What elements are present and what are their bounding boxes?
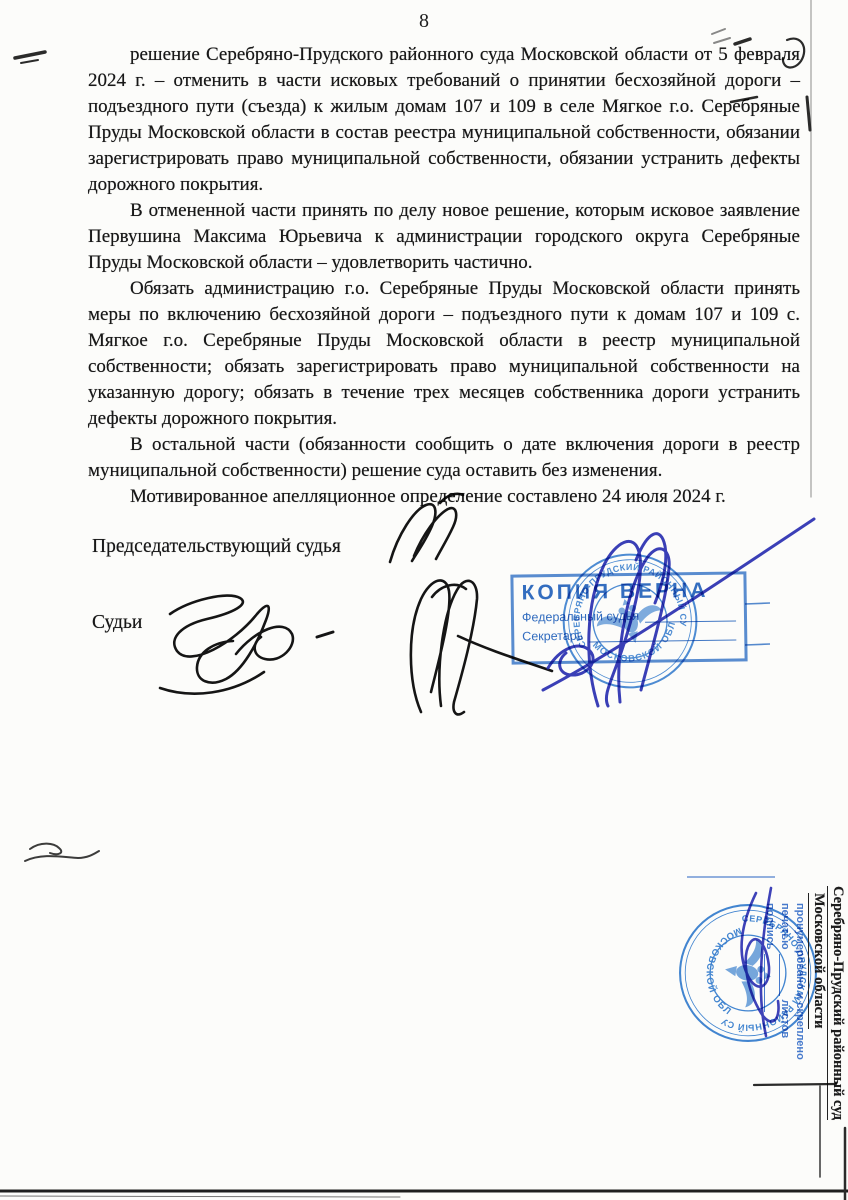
pen-scribble-top-right: [783, 39, 804, 68]
pen-signature-over-stamp: [548, 646, 593, 675]
ink-blot-top: [735, 39, 750, 44]
judge1-signature: [160, 596, 293, 694]
pen-signature-over-stamp: [619, 549, 669, 702]
judge2-signature: [411, 580, 552, 714]
scan-edge-line-bottom-thin: [0, 1196, 400, 1197]
copy-stamp-line-stub: [745, 603, 770, 645]
pen-signature-over-stamp: [589, 541, 641, 706]
scan-edge-mark-right: [807, 97, 810, 130]
squiggle-left-middle: [25, 844, 99, 861]
pen-signature-over-stamp: [543, 519, 814, 690]
presiding-judge-signature: [390, 494, 463, 562]
ink-layer: [0, 0, 848, 1200]
pen-dash-top-right: [731, 97, 757, 102]
scanned-court-document-page: 8 решение Серебряно-Прудского районного …: [0, 0, 848, 1200]
signature-separator-dash: [317, 632, 333, 637]
smudge-left-top: [21, 60, 38, 63]
smudge-left-top: [15, 52, 45, 58]
pen-signature-binding-stamp: [742, 893, 779, 1022]
pencil-marks-top: [712, 29, 730, 43]
corner-mark-horizontal: [754, 1084, 836, 1085]
